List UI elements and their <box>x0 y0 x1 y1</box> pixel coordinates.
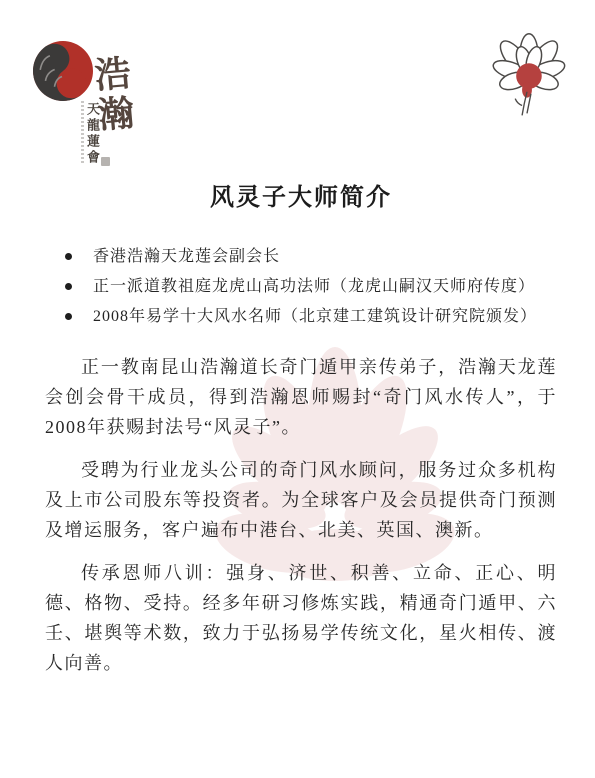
bullet-dot-icon <box>65 313 72 320</box>
bullet-dot-icon <box>65 253 72 260</box>
bio-paragraph: 正一教南昆山浩瀚道长奇门遁甲亲传弟子，浩瀚天龙莲会创会骨干成员，得到浩瀚恩师赐封… <box>45 352 557 442</box>
list-item: 香港浩瀚天龙莲会副会长 <box>65 248 557 265</box>
page-container: 浩瀚 天龍蓮會 风灵子大师简介 <box>0 0 595 778</box>
biography-section: 正一教南昆山浩瀚道长奇门遁甲亲传弟子，浩瀚天龙莲会创会骨干成员，得到浩瀚恩师赐封… <box>45 352 557 678</box>
list-item: 正一派道教祖庭龙虎山高功法师（龙虎山嗣汉天师府传度） <box>65 278 557 295</box>
bullet-text: 2008年易学十大风水名师（北京建工建筑设计研究院颁发） <box>93 308 537 325</box>
bio-paragraph: 传承恩师八训：强身、济世、积善、立命、正心、明德、格物、受持。经多年研习修炼实践… <box>45 558 557 678</box>
bio-paragraph: 受聘为行业龙头公司的奇门风水顾问，服务过众多机构及上市公司股东等投资者。为全球客… <box>45 455 557 545</box>
bullet-text: 正一派道教祖庭龙虎山高功法师（龙虎山嗣汉天师府传度） <box>93 278 535 295</box>
list-item: 2008年易学十大风水名师（北京建工建筑设计研究院颁发） <box>65 308 557 325</box>
credentials-list: 香港浩瀚天龙莲会副会长 正一派道教祖庭龙虎山高功法师（龙虎山嗣汉天师府传度） 2… <box>65 248 557 325</box>
page-title: 风灵子大师简介 <box>45 183 557 214</box>
bullet-text: 香港浩瀚天龙莲会副会长 <box>93 248 280 265</box>
bullet-dot-icon <box>65 283 72 290</box>
document-body: 风灵子大师简介 香港浩瀚天龙莲会副会长 正一派道教祖庭龙虎山高功法师（龙虎山嗣汉… <box>0 0 595 678</box>
